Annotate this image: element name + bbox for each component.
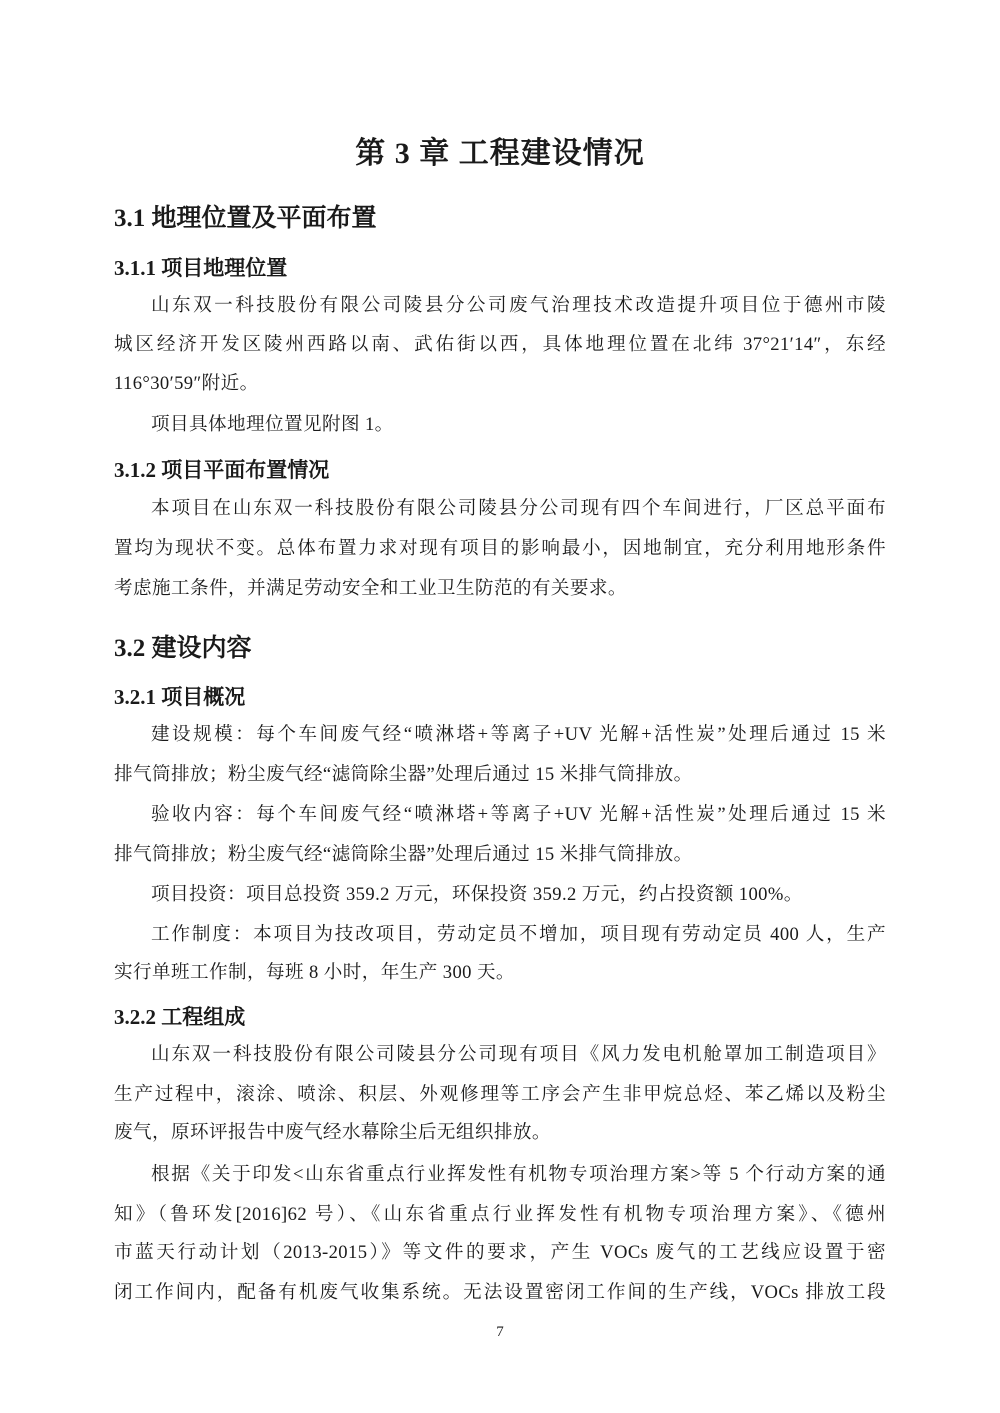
paragraph-line: 山东双一科技股份有限公司陵县分公司废气治理技术改造提升项目位于德州市陵: [151, 296, 886, 316]
paragraph-line: 闭工作间内，配备有机废气收集系统。无法设置密闭工作间的生产线，VOCs 排放工段: [114, 1283, 886, 1303]
paragraph-line: 排气筒排放；粉尘废气经“滤筒除尘器”处理后通过 15 米排气筒排放。: [114, 845, 886, 865]
paragraph-line: 置均为现状不变。总体布置力求对现有项目的影响最小，因地制宜，充分利用地形条件: [114, 539, 886, 559]
paragraph-line: 废气，原环评报告中废气经水幕除尘后无组织排放。: [114, 1123, 886, 1143]
chapter-title: 第 3 章 工程建设情况: [0, 128, 1000, 172]
paragraph-line: 山东双一科技股份有限公司陵县分公司现有项目《风力发电机舱罩加工制造项目》: [151, 1045, 886, 1065]
paragraph-line: 本项目在山东双一科技股份有限公司陵县分公司现有四个车间进行，厂区总平面布: [151, 499, 886, 519]
paragraph-line: 知》（鲁环发[2016]62 号）、《山东省重点行业挥发性有机物专项治理方案》、…: [114, 1205, 886, 1225]
paragraph-line: 市蓝天行动计划（2013-2015）》等文件的要求，产生 VOCs 废气的工艺线…: [114, 1243, 886, 1263]
paragraph-line: 实行单班工作制，每班 8 小时，年生产 300 天。: [114, 963, 886, 983]
paragraph-line: 验收内容：每个车间废气经“喷淋塔+等离子+UV 光解+活性炭”处理后通过 15 …: [151, 805, 886, 825]
page-number: 7: [0, 1324, 1000, 1341]
paragraph-line: 生产过程中，滚涂、喷涂、积层、外观修理等工序会产生非甲烷总烃、苯乙烯以及粉尘: [114, 1085, 886, 1105]
paragraph-line: 116°30′59″附近。: [114, 374, 886, 394]
section-heading-3-2: 3.2 建设内容: [114, 628, 252, 664]
section-heading-3-2-1: 3.2.1 项目概况: [114, 681, 245, 711]
paragraph-line: 考虑施工条件，并满足劳动安全和工业卫生防范的有关要求。: [114, 579, 886, 599]
paragraph-line: 项目投资：项目总投资 359.2 万元，环保投资 359.2 万元，约占投资额 …: [151, 885, 886, 905]
section-heading-3-2-2: 3.2.2 工程组成: [114, 1001, 245, 1031]
paragraph-line: 建设规模：每个车间废气经“喷淋塔+等离子+UV 光解+活性炭”处理后通过 15 …: [151, 725, 886, 745]
section-heading-3-1-2: 3.1.2 项目平面布置情况: [114, 454, 329, 484]
paragraph-line: 工作制度：本项目为技改项目，劳动定员不增加，项目现有劳动定员 400 人，生产: [151, 925, 886, 945]
section-heading-3-1-1: 3.1.1 项目地理位置: [114, 252, 287, 282]
paragraph-line: 排气筒排放；粉尘废气经“滤筒除尘器”处理后通过 15 米排气筒排放。: [114, 765, 886, 785]
paragraph-line: 项目具体地理位置见附图 1。: [151, 415, 886, 435]
paragraph-line: 城区经济开发区陵州西路以南、武佑街以西，具体地理位置在北纬 37°21′14″，…: [114, 335, 886, 355]
section-heading-3-1: 3.1 地理位置及平面布置: [114, 198, 377, 234]
paragraph-line: 根据《关于印发<山东省重点行业挥发性有机物专项治理方案>等 5 个行动方案的通: [151, 1165, 886, 1185]
